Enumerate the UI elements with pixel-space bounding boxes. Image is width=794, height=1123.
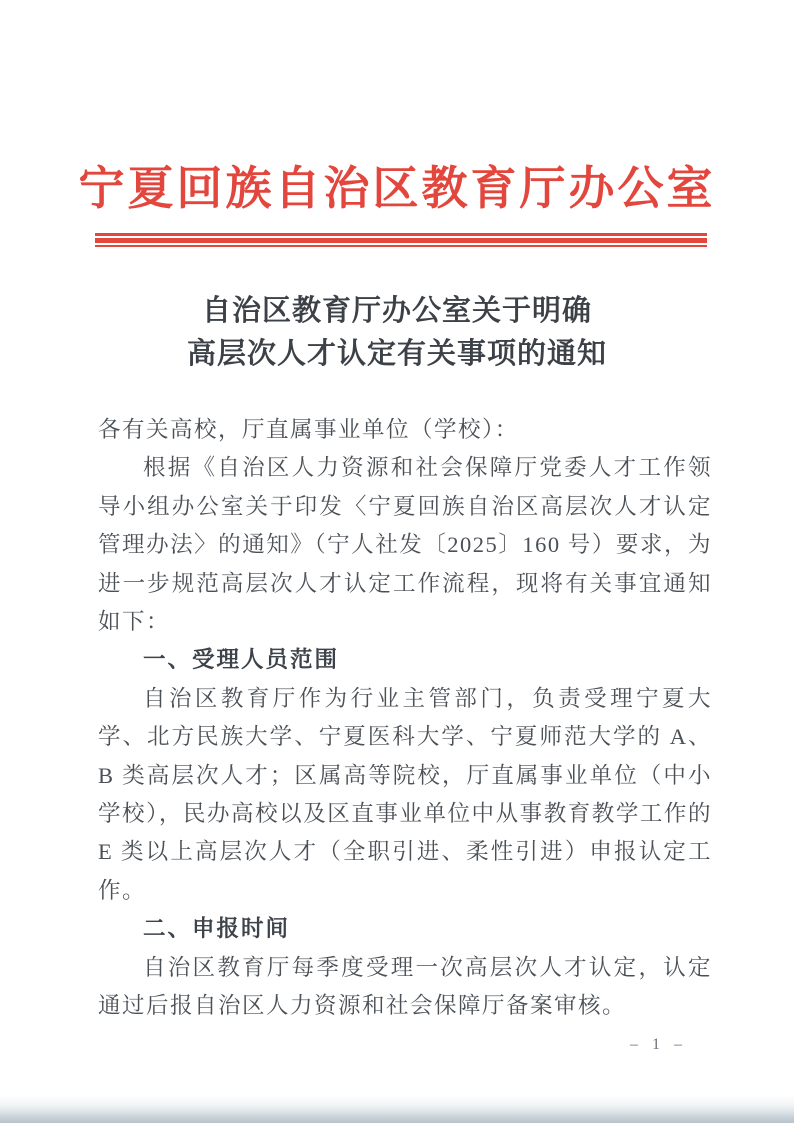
scan-edge-shadow <box>0 1095 794 1123</box>
scanned-document-page: 宁夏回族自治区教育厅办公室 自治区教育厅办公室关于明确 高层次人才认定有关事项的… <box>0 0 794 1123</box>
paragraph-scope: 自治区教育厅作为行业主管部门，负责受理宁夏大学、北方民族大学、宁夏医科大学、宁夏… <box>98 680 712 910</box>
document-title: 自治区教育厅办公室关于明确 高层次人才认定有关事项的通知 <box>0 289 794 375</box>
letterhead-title: 宁夏回族自治区教育厅办公室 <box>0 152 794 218</box>
page-number: – 1 – <box>630 1036 687 1054</box>
salutation: 各有关高校，厅直属事业单位（学校）： <box>98 411 712 449</box>
rule-bar-bottom <box>95 245 707 247</box>
letterhead-rule <box>95 233 707 247</box>
section-heading-2: 二、申报时间 <box>98 910 712 948</box>
section-heading-1: 一、受理人员范围 <box>98 641 712 679</box>
document-title-line-2: 高层次人才认定有关事项的通知 <box>0 332 794 375</box>
paragraph-basis: 根据《自治区人力资源和社会保障厅党委人才工作领导小组办公室关于印发〈宁夏回族自治… <box>98 449 712 641</box>
document-body: 各有关高校，厅直属事业单位（学校）： 根据《自治区人力资源和社会保障厅党委人才工… <box>98 411 712 1026</box>
paragraph-schedule: 自治区教育厅每季度受理一次高层次人才认定，认定通过后报自治区人力资源和社会保障厅… <box>98 949 712 1026</box>
document-title-line-1: 自治区教育厅办公室关于明确 <box>0 289 794 332</box>
